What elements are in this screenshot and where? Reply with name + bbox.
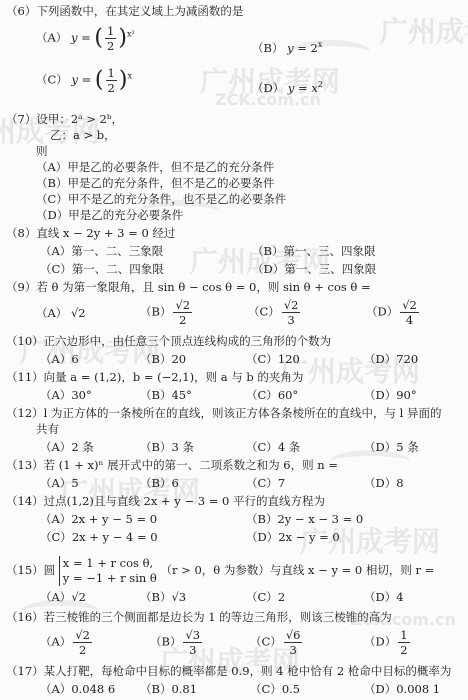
question-12-stem: （12）l 为正方体的一条棱所在的直线，则该正方体各条棱所在的直线中，与 l 异… bbox=[6, 406, 441, 420]
question-9-option-a: （A） √2 bbox=[36, 306, 86, 320]
question-11-stem: （11）向量 a = (1,2)，b = (−2,1)，则 a 与 b 的夹角为 bbox=[6, 370, 303, 384]
question-13-option-a: （A）5 bbox=[40, 476, 79, 490]
question-8-option-a: （A）第一、二、三象限 bbox=[40, 244, 163, 258]
question-9-option-b: （B）√22 bbox=[140, 298, 194, 327]
question-15-option-b: （B）√3 bbox=[140, 590, 186, 604]
question-17-option-c: （C）0.5 bbox=[250, 682, 300, 696]
question-16-option-a: （A）√22 bbox=[40, 628, 94, 657]
question-14-option-b: （B）2y − x − 3 = 0 bbox=[246, 512, 363, 526]
question-12-stem-2: 共有 bbox=[36, 422, 59, 436]
question-15-option-a: （A）√2 bbox=[40, 590, 86, 604]
question-6-option-b: （B） y = 2x bbox=[252, 38, 322, 55]
question-7-stem: （7）设甲：2ᵃ > 2ᵇ， bbox=[6, 112, 123, 126]
question-11-option-b: （B）45° bbox=[140, 388, 192, 402]
watermark: 广州成考网 bbox=[380, 10, 468, 50]
question-9-stem: （9）若 θ 为第一象限角，且 sin θ − cos θ = 0，则 sin … bbox=[6, 280, 371, 294]
question-8-option-d: （D）第一、三、四象限 bbox=[252, 262, 376, 276]
question-7-stem-2: 乙：a > b， bbox=[50, 128, 116, 142]
question-11-option-d: （D）90° bbox=[364, 388, 417, 402]
question-10-option-c: （C）120 bbox=[246, 352, 300, 366]
question-12-option-d: （D）5 条 bbox=[364, 440, 419, 454]
question-9-option-d: （D）√24 bbox=[366, 298, 421, 327]
question-17-option-d: （D）0.008 1 bbox=[364, 682, 440, 696]
question-12-option-b: （B）3 条 bbox=[140, 440, 194, 454]
question-6-option-a: （A） y = (12)x² bbox=[36, 24, 135, 53]
question-7-option-c: （C）甲不是乙的充分条件，也不是乙的必要条件 bbox=[36, 192, 286, 206]
question-12-option-a: （A）2 条 bbox=[40, 440, 94, 454]
question-14-option-a: （A）2x + y − 5 = 0 bbox=[40, 512, 157, 526]
question-15-option-c: （C）2 bbox=[246, 590, 285, 604]
question-8-stem: （8）直线 x − 2y + 3 = 0 经过 bbox=[6, 226, 175, 240]
question-17-stem: （17）某人打靶，每枪命中目标的概率都是 0.9，则 4 枪中恰有 2 枪命中目… bbox=[6, 664, 451, 678]
question-13-option-c: （C）7 bbox=[246, 476, 285, 490]
question-14-option-d: （D）2x − y = 0 bbox=[246, 530, 340, 544]
question-6-option-c: （C） y = (12)x bbox=[36, 66, 132, 95]
question-11-option-c: （C）60° bbox=[246, 388, 298, 402]
question-7-option-a: （A）甲是乙的必要条件，但不是乙的充分条件 bbox=[36, 160, 274, 174]
question-15-stem: （15）圆 x = 1 + r cos θ,y = −1 + r sin θ （… bbox=[6, 556, 434, 586]
question-16-option-d: （D）12 bbox=[364, 628, 412, 657]
question-9-option-c: （C）√23 bbox=[248, 298, 302, 327]
question-7-option-b: （B）甲是乙的充分条件，但不是乙的必要条件 bbox=[36, 176, 274, 190]
question-8-option-b: （B）第一、三、四象限 bbox=[252, 244, 375, 258]
question-14-stem: （14）过点(1,2)且与直线 2x + y − 3 = 0 平行的直线方程为 bbox=[6, 494, 325, 508]
question-11-option-a: （A）30° bbox=[40, 388, 92, 402]
question-13-option-d: （D）8 bbox=[364, 476, 404, 490]
question-14-option-c: （C）2x + y − 4 = 0 bbox=[40, 530, 158, 544]
question-15-option-d: （D）4 bbox=[364, 590, 404, 604]
question-7-stem-3: 则 bbox=[36, 144, 48, 158]
question-12-option-c: （C）4 条 bbox=[246, 440, 300, 454]
question-16-option-c: （C）√63 bbox=[250, 628, 304, 657]
question-16-option-b: （B）√33 bbox=[150, 628, 204, 657]
question-6-option-d: （D） y = x2 bbox=[252, 78, 323, 95]
question-10-option-d: （D）720 bbox=[364, 352, 418, 366]
question-17-option-b: （B）0.81 bbox=[140, 682, 197, 696]
question-10-option-a: （A）6 bbox=[40, 352, 79, 366]
question-13-option-b: （B）6 bbox=[140, 476, 179, 490]
question-7-option-d: （D）甲是乙的充分必要条件 bbox=[36, 208, 183, 222]
question-8-option-c: （C）第一、二、四象限 bbox=[40, 262, 164, 276]
question-17-option-a: （A）0.048 6 bbox=[40, 682, 115, 696]
question-10-stem: （10）正六边形中，由任意三个顶点连线构成的三角形的个数为 bbox=[6, 334, 331, 348]
question-13-stem: （13）若 (1 + x)ⁿ 展开式中的第一、二项系数之和为 6，则 n = bbox=[6, 458, 338, 472]
question-6-stem: （6）下列函数中，在其定义域上为减函数的是 bbox=[6, 4, 243, 18]
question-10-option-b: （B）20 bbox=[140, 352, 186, 366]
question-16-stem: （16）若三棱锥的三个侧面都是边长为 1 的等边三角形，则该三棱锥的高为 bbox=[6, 610, 392, 624]
